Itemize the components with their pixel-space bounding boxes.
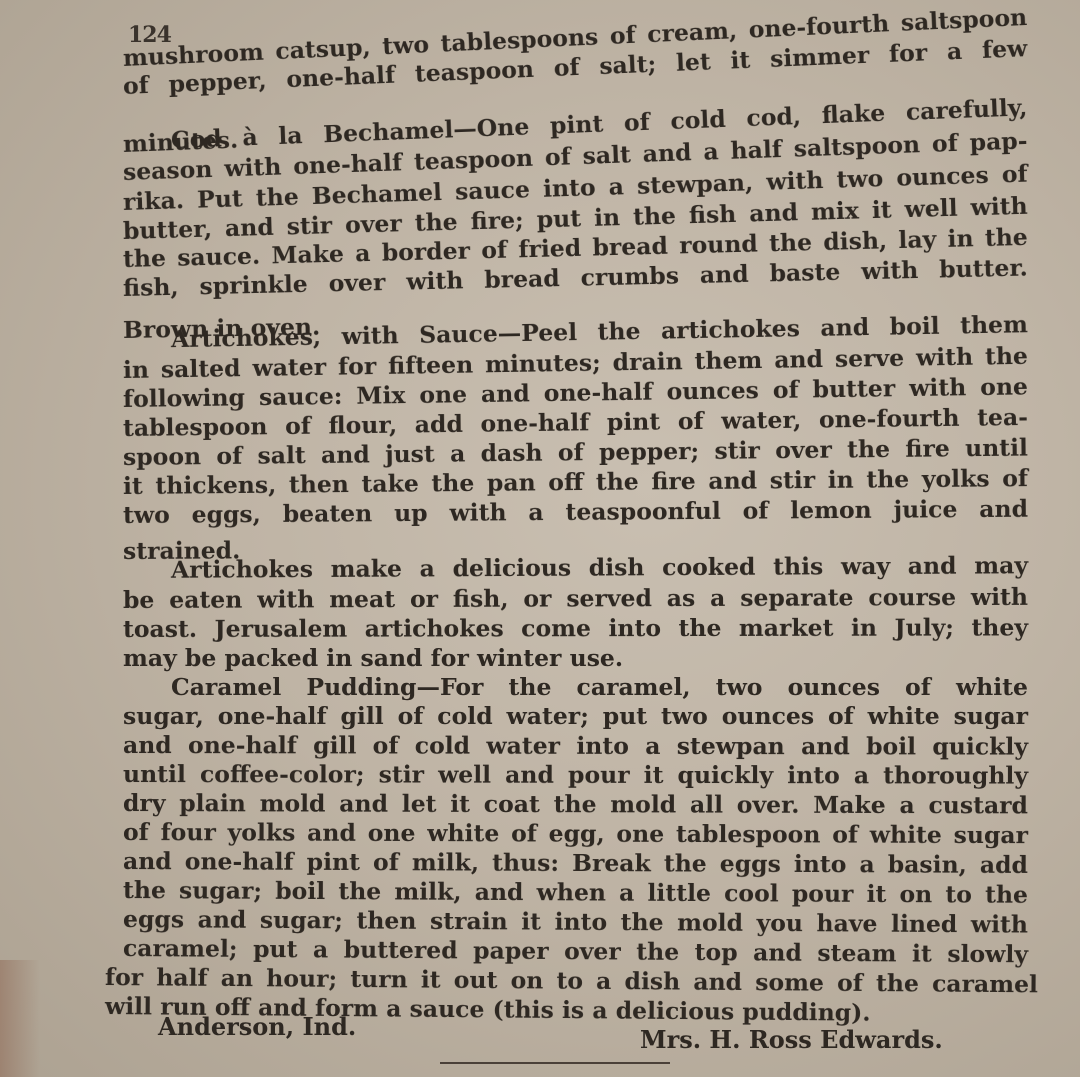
- recipe-heading-line: Caramel Pudding—For the caramel, two oun…: [123, 673, 1028, 701]
- signature-author: Mrs. H. Ross Edwards.: [640, 1025, 943, 1054]
- text-line: dry plain mold and let it coat the mold …: [123, 789, 1028, 819]
- text-line: the sugar; boil the milk, and when a lit…: [123, 876, 1028, 909]
- book-page: 124 mushroom catsup, two tablespoons of …: [0, 0, 1080, 1077]
- text-line: two eggs, beaten up with a teaspoonful o…: [123, 495, 1028, 529]
- text-line: may be packed in sand for winter use.: [123, 644, 1028, 672]
- signature-place: Anderson, Ind.: [158, 1012, 356, 1041]
- text-line: be eaten with meat or fish, or served as…: [123, 583, 1028, 614]
- section-divider: [440, 1062, 670, 1064]
- text-line: toast. Jerusalem artichokes come into th…: [123, 613, 1028, 643]
- paragraph-start-line: Artichokes make a delicious dish cooked …: [123, 551, 1028, 584]
- text-line: and one-half pint of milk, thus: Break t…: [123, 847, 1028, 879]
- text-line: until coffee-color; stir well and pour i…: [123, 760, 1028, 790]
- text-line: of four yolks and one white of egg, one …: [123, 818, 1028, 849]
- text-line: sugar, one-half gill of cold water; put …: [123, 702, 1028, 730]
- text-line: and one-half gill of cold water into a s…: [123, 731, 1028, 761]
- page-edge-shadow: [0, 960, 40, 1077]
- text-line: eggs and sugar; then strain it into the …: [123, 905, 1028, 939]
- text-line: caramel; put a buttered paper over the t…: [123, 934, 1028, 968]
